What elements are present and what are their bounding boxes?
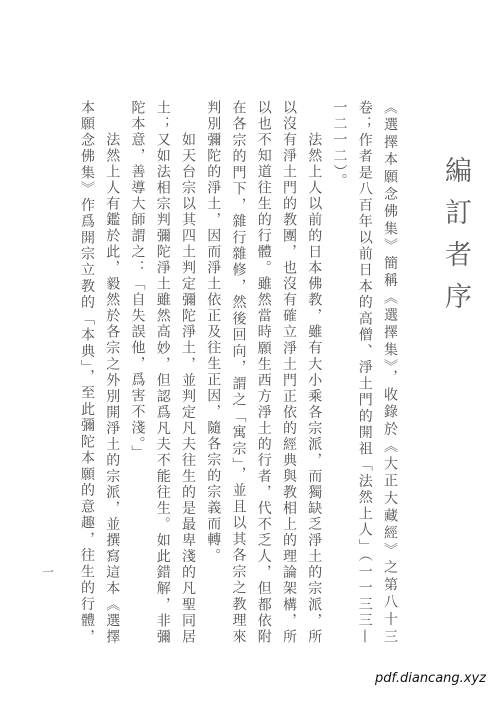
text-column: 以也不知道往生的行體。雖然當時願生西方淨土的行者，代不乏人，但都依附	[255, 100, 273, 645]
text-column: 判別彌陀的淨土，因而淨土依正及往生正因，隨各宗的宗義而轉。	[204, 100, 222, 645]
text-column: 一二一二）。	[331, 100, 349, 645]
text-column: 土；又如法相宗判彌陀淨土雖然高妙，但認爲凡夫不能往生。如此錯解，非彌	[154, 100, 172, 645]
body-text: 《選擇本願念佛集》簡稱《選擇集》，收錄於《大正大藏經》之第八十三 卷；作者是八百…	[78, 100, 399, 645]
text-column: 陀本意，善導大師謂之：「自失誤他，爲害不淺。」	[129, 100, 147, 645]
text-column: 以沒有淨土門的教團，也沒有確立淨土門正依的經典與教相上的理論架構，所	[280, 100, 298, 645]
watermark: pdf.diancang.xyz	[375, 671, 486, 687]
text-column: 卷；作者是八百年以前日本的高僧、淨土門的開祖「法然上人」（一一三三—	[356, 100, 374, 645]
page-number: 一	[42, 564, 54, 580]
text-column: 法然上人有鑑於此，毅然於各宗之外別開淨土的宗派，並撰寫這本《選擇	[103, 100, 121, 645]
text-column: 《選擇本願念佛集》簡稱《選擇集》，收錄於《大正大藏經》之第八十三	[381, 100, 399, 645]
text-column: 本願念佛集》作爲開宗立教的「本典」，至此彌陀本願的意趣，往生的行體，	[78, 100, 96, 645]
text-column: 法然上人以前的日本佛教，雖有大小乘各宗派，而獨缺乏淨土的宗派，所	[305, 100, 323, 645]
text-column: 如天台宗以其四土判定彌陀淨土，並判定凡夫往生的是最卑淺的凡聖同居	[179, 100, 197, 645]
page-title: 編訂者序	[440, 156, 470, 326]
text-column: 在各宗的門下，雜行雜修，然後回向，謂之「寓宗」，並且以其各宗之教理來	[230, 100, 248, 645]
